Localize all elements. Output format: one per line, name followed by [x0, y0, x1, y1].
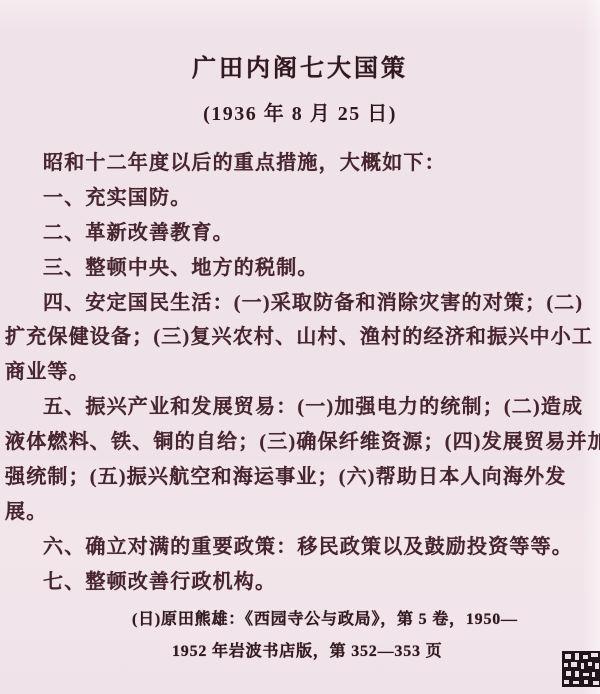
body-line: 四、安定国民生活：(一)采取防备和消除灾害的对策；(二) — [5, 286, 597, 321]
body-line: 七、整顿改善行政机构。 — [5, 565, 597, 600]
page-title: 广田内阁七大国策 — [0, 48, 600, 83]
body-text: 昭和十二年度以后的重点措施，大概如下：一、充实国防。二、革新改善教育。三、整顿中… — [5, 146, 597, 600]
body-line: 二、革新改善教育。 — [5, 216, 597, 251]
body-line: 商业等。 — [5, 355, 597, 390]
body-line: 强统制；(五)振兴航空和海运事业；(六)帮助日本人向海外发 — [5, 460, 597, 495]
body-line: 展。 — [5, 495, 597, 530]
body-line: 一、充实国防。 — [5, 181, 597, 216]
body-line: 六、确立对满的重要政策：移民政策以及鼓励投资等等。 — [5, 530, 597, 565]
seal-stamp-icon — [562, 651, 600, 687]
footnote-line-2: 1952 年岩波书店版，第 352—353 页 — [0, 636, 600, 668]
scanned-document-page: 广田内阁七大国策 (1936 年 8 月 25 日) 昭和十二年度以后的重点措施… — [0, 0, 600, 694]
body-line: 三、整顿中央、地方的税制。 — [5, 251, 597, 286]
body-line: 五、振兴产业和发展贸易：(一)加强电力的统制；(二)造成 — [5, 390, 597, 425]
body-line: 液体燃料、铁、铜的自给；(三)确保纤维资源；(四)发展贸易并加 — [5, 425, 597, 460]
body-line: 昭和十二年度以后的重点措施，大概如下： — [5, 146, 597, 181]
footnote-line-1: (日)原田熊雄：《西园寺公与政局》，第 5 卷，1950— — [0, 604, 600, 636]
body-line: 扩充保健设备；(三)复兴农村、山村、渔村的经济和振兴中小工 — [5, 320, 597, 355]
footnote: (日)原田熊雄：《西园寺公与政局》，第 5 卷，1950— 1952 年岩波书店… — [0, 604, 600, 668]
page-date-line: (1936 年 8 月 25 日) — [0, 97, 600, 126]
